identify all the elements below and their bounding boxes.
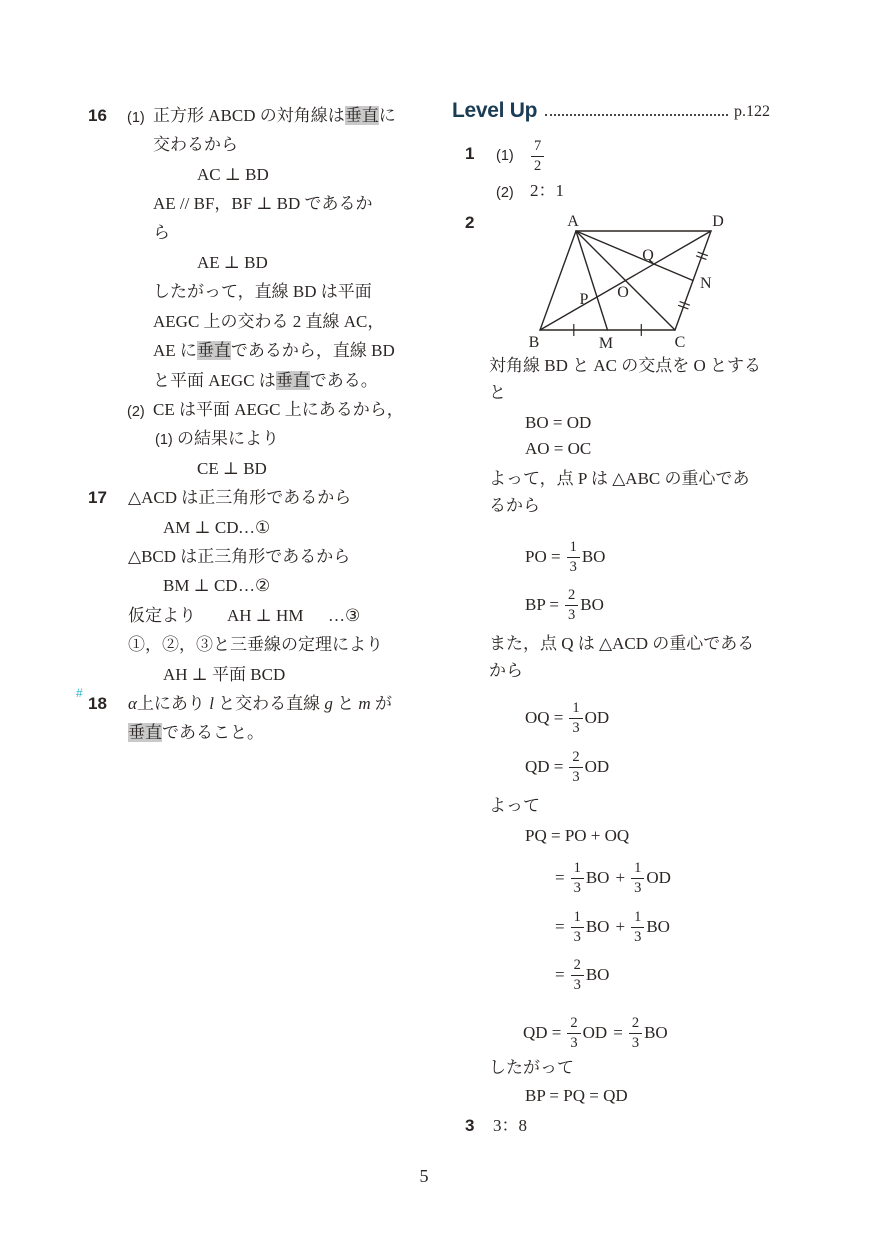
eq-lhs: = <box>555 916 565 938</box>
var-g: g <box>324 694 333 713</box>
p2-text-7: よって <box>489 795 540 817</box>
item-1-label: (1) <box>496 145 514 167</box>
eq-lhs: OQ = <box>525 707 563 729</box>
p2-text-1: 対角線 BD と AC の交点を O とする <box>489 355 761 377</box>
p2-text-4: るから <box>489 495 540 517</box>
p2-text-6: から <box>489 660 523 682</box>
eq-rhs: BO <box>582 546 606 568</box>
fraction: 72 <box>531 138 544 173</box>
p2-fraction-eq-6: = 13 BO + 13 BO <box>555 909 670 945</box>
p2-text-5: また，点 Q は △ACD の重心である <box>489 633 754 655</box>
text: であること。 <box>162 723 264 742</box>
item-2-label: (2) <box>496 182 514 204</box>
page-reference: p.122 <box>734 104 770 121</box>
p2-text-2: と <box>489 382 506 404</box>
p16-line-2: 交わるから <box>153 134 238 156</box>
p2-fraction-eq-5: = 13 BO + 13 OD <box>555 860 671 896</box>
problem-3-number: 3 <box>465 1115 474 1137</box>
eq-term: BO <box>644 1022 668 1044</box>
p16-line-9: CE は平面 AEGC 上にあるから， <box>153 399 404 421</box>
dotted-leader <box>545 113 728 116</box>
p2-equation-1: BO = OD <box>525 412 591 434</box>
eq-term: BO <box>646 916 670 938</box>
search-highlight: 垂直 <box>128 723 162 742</box>
text: と平面 AEGC は <box>153 371 276 390</box>
p2-fraction-eq-2: BP = 23 BO <box>525 587 604 623</box>
p2-equation-2: AO = OC <box>525 438 591 460</box>
p2-text-8: したがって <box>489 1057 574 1079</box>
eq-lhs: BP = <box>525 594 559 616</box>
text: 上にあり <box>137 694 205 713</box>
item-2-label: (2) <box>127 401 145 423</box>
p17-line-1: △ACD は正三角形であるから <box>128 487 351 509</box>
p16-line-5: したがって，直線 BD は平面 <box>153 281 372 303</box>
eq-term: BO <box>586 867 610 889</box>
hash-mark: # <box>76 687 83 699</box>
vertex-label-A: A <box>567 213 579 230</box>
p2-fraction-eq-3: OQ = 13 OD <box>525 700 609 736</box>
p2-fraction-eq-1: PO = 13 BO <box>525 539 605 575</box>
p17-ref-3: …③ <box>328 605 360 627</box>
eq-lhs: QD = <box>525 756 563 778</box>
text: と交わる直線 <box>218 694 320 713</box>
item-1-label: (1) <box>127 107 145 129</box>
p18-line-2: 垂直であること。 <box>128 722 264 744</box>
p2-text-3: よって，点 P は △ABC の重心であ <box>489 468 750 490</box>
point-label-M: M <box>599 335 613 352</box>
fraction: 13 <box>567 539 580 574</box>
p16-line-10: (1) の結果により <box>155 428 279 451</box>
problem-17-number: 17 <box>88 487 107 509</box>
search-highlight: 垂直 <box>276 371 310 390</box>
point-label-O: O <box>617 284 629 301</box>
page-number: 5 <box>404 1166 444 1187</box>
vertex-label-D: D <box>712 213 724 230</box>
p16-line-7: AE に垂直であるから，直線 BD <box>153 340 395 362</box>
p1-answer-1: 72 <box>531 138 544 174</box>
median-AN <box>576 231 693 281</box>
fraction: 23 <box>565 587 578 622</box>
fraction: 23 <box>629 1015 642 1050</box>
level-up-title: Level Up <box>452 100 537 121</box>
fraction: 13 <box>631 909 644 944</box>
eq-rhs: BO <box>580 594 604 616</box>
p16-line-1: 正方形 ABCD の対角線は垂直に <box>153 105 396 127</box>
search-highlight: 垂直 <box>197 341 231 360</box>
eq-rhs: OD <box>585 756 610 778</box>
p17-line-2: △BCD は正三角形であるから <box>128 546 350 568</box>
eq-term: BO <box>586 916 610 938</box>
text: が <box>375 694 392 713</box>
eq-term: OD <box>583 1022 608 1044</box>
eq-lhs: = <box>555 964 565 986</box>
fraction: 23 <box>571 957 584 992</box>
fraction: 13 <box>631 860 644 895</box>
p17-equation-2: BM ⊥ CD <box>163 575 238 597</box>
level-up-header: Level Up p.122 <box>452 100 770 121</box>
p16-line-3: AE // BF，BF ⊥ BD であるか <box>153 193 373 215</box>
p16-equation-3: CE ⊥ BD <box>197 458 267 480</box>
fraction: 23 <box>569 749 582 784</box>
point-label-Q: Q <box>642 247 654 264</box>
var-alpha: α <box>128 694 137 713</box>
text: と <box>337 694 354 713</box>
text: 正方形 ABCD の対角線は <box>153 106 345 125</box>
p2-fraction-eq-4: QD = 23 OD <box>525 749 609 785</box>
search-highlight: 垂直 <box>345 106 379 125</box>
text: AE に <box>153 341 197 360</box>
problem-18-number: 18 <box>88 693 107 715</box>
p17-equation-3: AH ⊥ HM <box>227 605 303 627</box>
operator: + <box>615 916 625 938</box>
diagonal-BD <box>540 231 711 330</box>
p17-ref-1: …① <box>238 517 270 539</box>
var-m: m <box>358 694 370 713</box>
p2-equation-4: BP = PQ = QD <box>525 1085 628 1107</box>
p16-equation-1: AC ⊥ BD <box>197 164 269 186</box>
eq-lhs: = <box>555 867 565 889</box>
fraction: 13 <box>569 700 582 735</box>
eq-lhs: QD = <box>523 1022 561 1044</box>
fraction: 13 <box>571 909 584 944</box>
p17-line-4: ①，②，③と三垂線の定理により <box>128 634 383 656</box>
textbook-answer-page: 16 (1) 正方形 ABCD の対角線は垂直に 交わるから AC ⊥ BD A… <box>0 0 874 1240</box>
text: であるから，直線 BD <box>231 341 395 360</box>
vertex-label-C: C <box>675 334 686 351</box>
eq-term: OD <box>646 867 671 889</box>
p1-answer-2: 2：1 <box>530 180 564 202</box>
eq-rhs: OD <box>585 707 610 729</box>
problem-1-number: 1 <box>465 143 474 165</box>
p2-fraction-eq-8: QD = 23 OD = 23 BO <box>523 1015 668 1051</box>
point-label-N: N <box>700 275 712 292</box>
p17-equation-4: AH ⊥ 平面 BCD <box>163 664 285 686</box>
text: の結果により <box>177 429 279 448</box>
p16-equation-2: AE ⊥ BD <box>197 252 268 274</box>
fraction: 13 <box>571 860 584 895</box>
point-label-P: P <box>580 291 589 308</box>
p2-fraction-eq-7: = 23 BO <box>555 957 609 993</box>
eq-rhs: BO <box>586 964 610 986</box>
p16-line-4: ら <box>153 222 170 244</box>
operator: = <box>613 1022 623 1044</box>
eq-lhs: PO = <box>525 546 561 568</box>
p16-line-8: と平面 AEGC は垂直である。 <box>153 370 378 392</box>
p16-line-6: AEGC 上の交わる 2 直線 AC， <box>153 311 384 333</box>
p2-equation-3: PQ = PO + OQ <box>525 825 629 847</box>
var-l: l <box>209 694 214 713</box>
problem-16-number: 16 <box>88 105 107 127</box>
ref-label: (1) <box>155 432 173 448</box>
problem-2-number: 2 <box>465 212 474 234</box>
tick-marks <box>574 252 708 335</box>
p17-ref-2: …② <box>238 575 270 597</box>
fraction: 23 <box>567 1015 580 1050</box>
p17-equation-1: AM ⊥ CD <box>163 517 239 539</box>
p3-answer: 3：8 <box>493 1115 527 1137</box>
parallelogram-figure: A D B C M N P O Q <box>520 213 750 358</box>
operator: + <box>615 867 625 889</box>
text: である。 <box>310 371 378 390</box>
p18-line-1: α上にあり l と交わる直線 g と m が <box>128 693 392 715</box>
p17-line-3: 仮定より <box>128 605 196 627</box>
text: に <box>379 106 396 125</box>
vertex-label-B: B <box>529 334 540 351</box>
